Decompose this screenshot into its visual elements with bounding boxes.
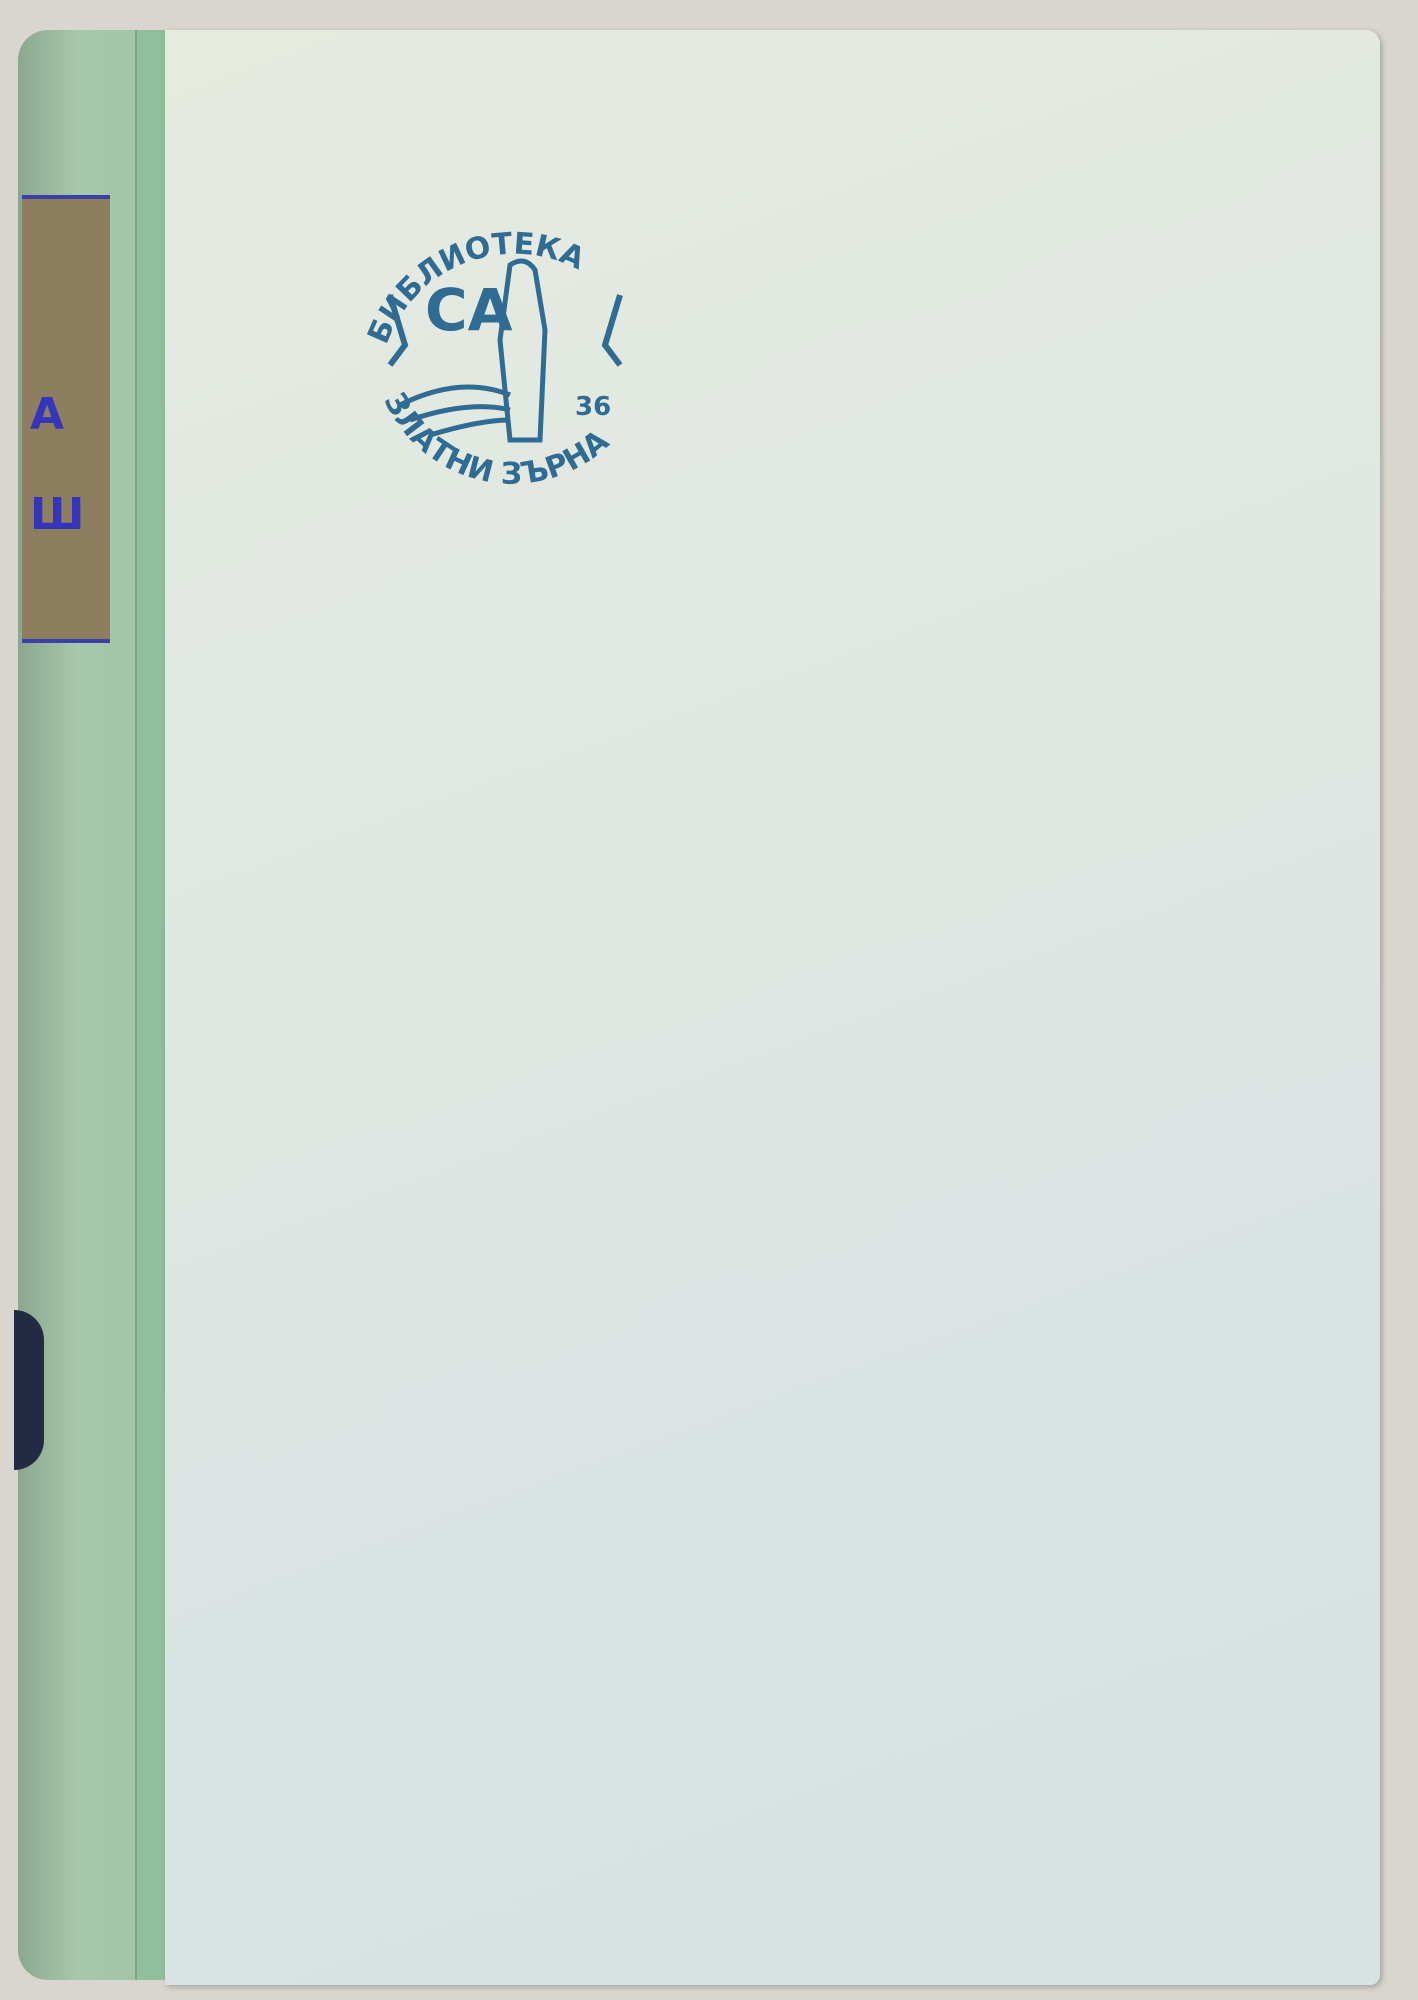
spine-letter: Ш [30, 489, 84, 540]
spine-label: А Ш [22, 195, 110, 643]
spine-ornament [14, 1310, 44, 1470]
emblem-number: 36 [575, 392, 611, 422]
library-emblem-icon: БИБЛИОТЕКА ЗЛАТНИ ЗЪРНА СА 36 [340, 205, 685, 535]
spine-letter: А [30, 389, 64, 440]
